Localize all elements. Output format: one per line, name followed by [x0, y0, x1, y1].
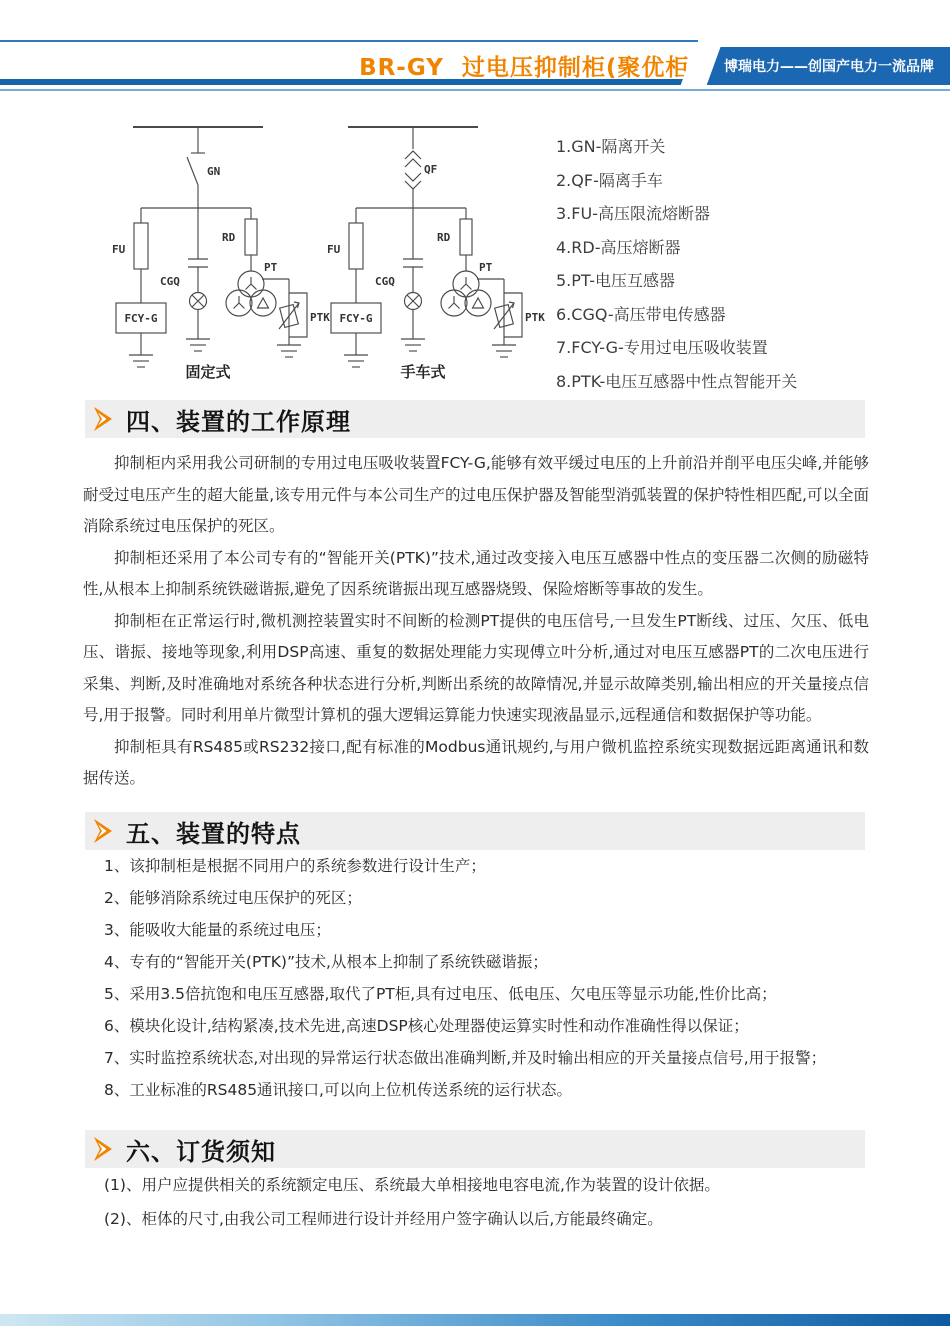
section-heading-ordering: 六、订货须知: [85, 1130, 865, 1168]
feature-item: 2、能够消除系统过电压保护的死区；: [104, 882, 884, 914]
section-arrow-icon: [94, 818, 114, 844]
legend-item: 6.CGQ-高压带电传感器: [556, 298, 886, 332]
label-gn: GN: [207, 165, 220, 178]
section-arrow-icon: [94, 406, 114, 432]
circuit-diagram-fixed: GN FU FCY-G CGQ RD: [103, 113, 333, 385]
header-top-rule: [0, 40, 698, 42]
circuit-diagram-handcart: QF FU FCY-G CGQ RD: [318, 113, 548, 385]
header-thin-bar: [0, 89, 950, 91]
brand-banner: 博瑞电力——创国产电力一流品牌: [694, 47, 950, 85]
feature-item: 4、专有的“智能开关(PTK)”技术,从根本上抑制了系统铁磁谐振；: [104, 946, 884, 978]
label-fu: FU: [327, 243, 341, 256]
feature-item: 1、该抑制柜是根据不同用户的系统参数进行设计生产；: [104, 850, 884, 882]
legend-item: 3.FU-高压限流熔断器: [556, 197, 886, 231]
handcart-caption: 手车式: [400, 363, 445, 381]
paragraph: 抑制柜具有RS485或RS232接口,配有标准的Modbus通讯规约,与用户微机…: [83, 732, 869, 795]
section-title: 四、装置的工作原理: [126, 402, 351, 437]
label-pt: PT: [264, 261, 278, 274]
label-rd: RD: [437, 231, 451, 244]
fixed-diagram-svg: GN FU FCY-G CGQ RD: [103, 113, 333, 385]
feature-list: 1、该抑制柜是根据不同用户的系统参数进行设计生产； 2、能够消除系统过电压保护的…: [104, 850, 884, 1106]
section-title: 五、装置的特点: [126, 814, 301, 849]
feature-item: 5、采用3.5倍抗饱和电压互感器,取代了PT柜,具有过电压、低电压、欠电压等显示…: [104, 978, 884, 1010]
handcart-diagram-svg: QF FU FCY-G CGQ RD: [318, 113, 548, 385]
section-arrow-icon: [94, 1136, 114, 1162]
label-cgq: CGQ: [375, 275, 395, 288]
model-code: BR-GY: [359, 55, 444, 81]
label-fcy: FCY-G: [339, 312, 372, 325]
feature-item: 8、工业标准的RS485通讯接口,可以向上位机传送系统的运行状态。: [104, 1074, 884, 1106]
paragraph: 抑制柜内采用我公司研制的专用过电压吸收装置FCY-G,能够有效平缓过电压的上升前…: [83, 448, 869, 543]
section-title: 六、订货须知: [126, 1132, 276, 1167]
section-heading-features: 五、装置的特点: [85, 812, 865, 850]
label-rd: RD: [222, 231, 236, 244]
label-fu: FU: [112, 243, 126, 256]
fixed-caption: 固定式: [185, 363, 230, 381]
legend-item: 5.PT-电压互感器: [556, 264, 886, 298]
feature-item: 6、模块化设计,结构紧凑,技术先进,高速DSP核心处理器使运算实时性和动作准确性…: [104, 1010, 884, 1042]
legend-item: 2.QF-隔离手车: [556, 164, 886, 198]
footer-gradient-bar: [0, 1314, 950, 1326]
brand-slogan: 博瑞电力——创国产电力一流品牌: [724, 56, 934, 76]
section-heading-principle: 四、装置的工作原理: [85, 400, 865, 438]
ordering-item: (1)、用户应提供相关的系统额定电压、系统最大单相接地电容电流,作为装置的设计依…: [104, 1168, 884, 1202]
product-name: 过电压抑制柜(聚优柜): [462, 55, 701, 81]
feature-item: 3、能吸收大能量的系统过电压；: [104, 914, 884, 946]
ordering-list: (1)、用户应提供相关的系统额定电压、系统最大单相接地电容电流,作为装置的设计依…: [104, 1168, 884, 1236]
ordering-item: (2)、柜体的尺寸,由我公司工程师进行设计并经用户签字确认以后,方能最终确定。: [104, 1202, 884, 1236]
label-pt: PT: [479, 261, 493, 274]
feature-item: 7、实时监控系统状态,对出现的异常运行状态做出准确判断,并及时输出相应的开关量接…: [104, 1042, 884, 1074]
title-spacer: [444, 55, 462, 81]
principle-paragraphs: 抑制柜内采用我公司研制的专用过电压吸收装置FCY-G,能够有效平缓过电压的上升前…: [83, 448, 869, 795]
paragraph: 抑制柜还采用了本公司专有的“智能开关(PTK)”技术,通过改变接入电压互感器中性…: [83, 543, 869, 606]
label-ptk: PTK: [525, 311, 545, 324]
label-qf: QF: [424, 163, 437, 176]
legend-item: 7.FCY-G-专用过电压吸收装置: [556, 331, 886, 365]
component-legend: 1.GN-隔离开关 2.QF-隔离手车 3.FU-高压限流熔断器 4.RD-高压…: [556, 130, 886, 398]
label-fcy: FCY-G: [124, 312, 157, 325]
page-title: BR-GY 过电压抑制柜(聚优柜): [359, 49, 701, 82]
label-cgq: CGQ: [160, 275, 180, 288]
legend-item: 8.PTK-电压互感器中性点智能开关: [556, 365, 886, 399]
catalog-page: BR-GY 过电压抑制柜(聚优柜) 博瑞电力——创国产电力一流品牌 GN FU …: [0, 0, 950, 1326]
paragraph: 抑制柜在正常运行时,微机测控装置实时不间断的检测PT提供的电压信号,一旦发生PT…: [83, 606, 869, 732]
legend-item: 1.GN-隔离开关: [556, 130, 886, 164]
legend-item: 4.RD-高压熔断器: [556, 231, 886, 265]
